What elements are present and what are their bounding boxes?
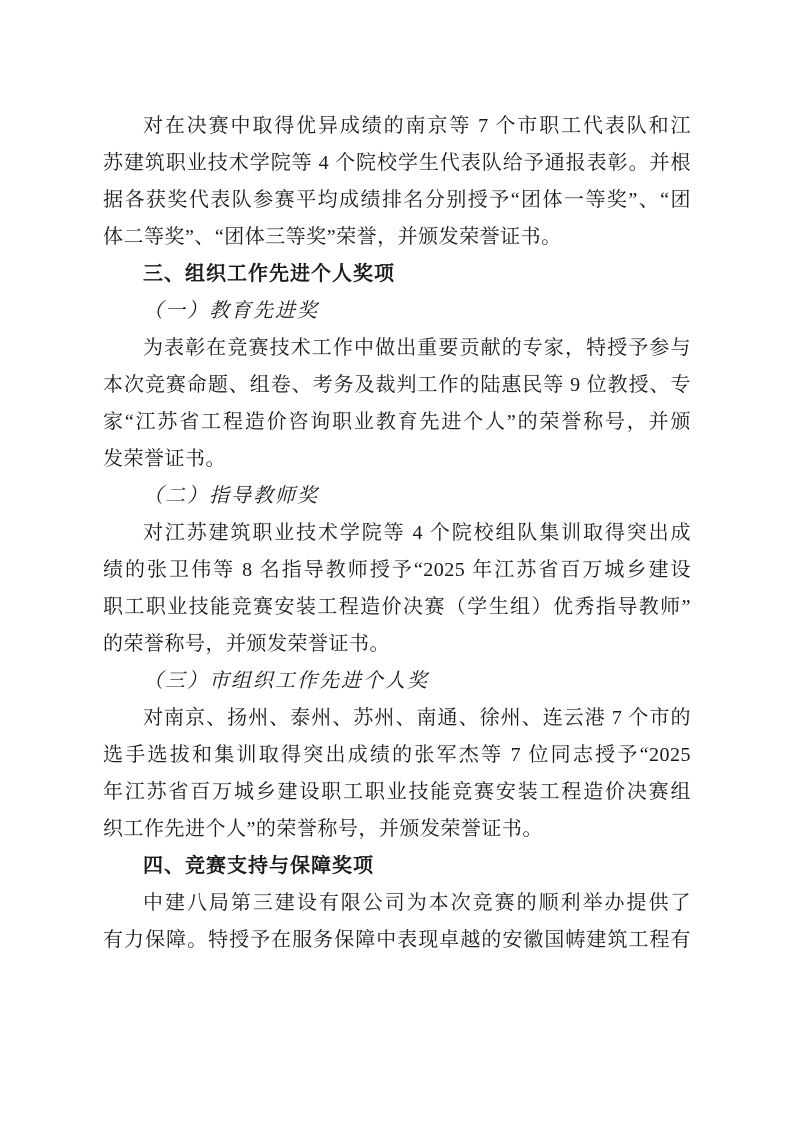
award-instructor-line-4: 的荣誉称号，并颁发荣誉证书。 [103,626,691,663]
section-three-heading: 三、组织工作先进个人奖项 [103,256,691,293]
document-page: 对在决赛中取得优异成绩的南京等 7 个市职工代表队和江 苏建筑职业技术学院等 4… [0,0,793,1122]
award-education-line-1: 为表彰在竞赛技术工作中做出重要贡献的专家，特授予参与 [103,330,691,367]
award-education-line-3: 家“江苏省工程造价咨询职业教育先进个人”的荣誉称号，并颁 [103,404,691,441]
award-instructor-line-3: 职工职业技能竞赛安装工程造价决赛（学生组）优秀指导教师” [103,589,691,626]
award-city-organizer-line-2: 选手选拔和集训取得突出成绩的张军杰等 7 位同志授予“2025 [103,737,691,774]
award-city-organizer-heading: （三）市组织工作先进个人奖 [103,663,691,700]
award-city-organizer-line-3: 年江苏省百万城乡建设职工职业技能竞赛安装工程造价决赛组 [103,774,691,811]
award-instructor-heading: （二）指导教师奖 [103,478,691,515]
award-education-line-2: 本次竞赛命题、组卷、考务及裁判工作的陆惠民等 9 位教授、专 [103,367,691,404]
section-four-heading: 四、竞赛支持与保障奖项 [103,848,691,885]
intro-line-3: 据各获奖代表队参赛平均成绩排名分别授予“团体一等奖”、“团 [103,182,691,219]
award-education-line-4: 发荣誉证书。 [103,441,691,478]
section-four-line-2: 有力保障。特授予在服务保障中表现卓越的安徽国帱建筑工程有 [103,922,691,959]
award-city-organizer-line-4: 织工作先进个人”的荣誉称号，并颁发荣誉证书。 [103,811,691,848]
award-education-heading: （一）教育先进奖 [103,293,691,330]
award-instructor-line-1: 对江苏建筑职业技术学院等 4 个院校组队集训取得突出成 [103,515,691,552]
award-instructor-line-2: 绩的张卫伟等 8 名指导教师授予“2025 年江苏省百万城乡建设 [103,552,691,589]
document-body: 对在决赛中取得优异成绩的南京等 7 个市职工代表队和江 苏建筑职业技术学院等 4… [103,108,691,959]
section-four-line-1: 中建八局第三建设有限公司为本次竞赛的顺利举办提供了 [103,885,691,922]
intro-line-2: 苏建筑职业技术学院等 4 个院校学生代表队给予通报表彰。并根 [103,145,691,182]
intro-line-4: 体二等奖”、“团体三等奖”荣誉，并颁发荣誉证书。 [103,219,691,256]
award-city-organizer-line-1: 对南京、扬州、泰州、苏州、南通、徐州、连云港 7 个市的 [103,700,691,737]
intro-line-1: 对在决赛中取得优异成绩的南京等 7 个市职工代表队和江 [103,108,691,145]
